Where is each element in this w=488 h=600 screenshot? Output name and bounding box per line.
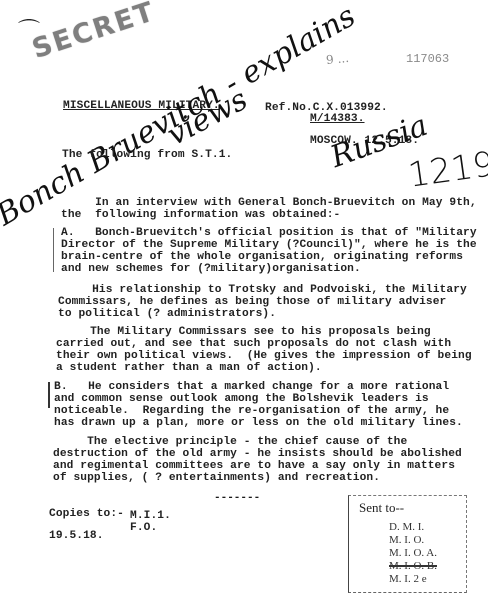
paragraph-line: a student rather than a man of action). (56, 362, 322, 374)
paragraph-line: the following information was obtained:- (61, 209, 340, 221)
sent-to-item: M. I. O. A. (389, 547, 437, 559)
paragraph-line: The elective principle - the chief cause… (53, 436, 407, 448)
paragraph-line: His relationship to Trotsky and Podvoisk… (58, 284, 467, 296)
separator: ------- (214, 492, 260, 504)
paragraph-line: their own political views. (He gives the… (56, 350, 472, 362)
paragraph-line: and common sense outlook among the Bolsh… (54, 393, 429, 405)
paragraph-line: and regimental committees are to have a … (53, 460, 455, 472)
paragraph-line: A. Bonch-Bruevitch's official position i… (61, 227, 477, 239)
handwritten-mark: ⌒ (18, 14, 40, 45)
footer-date: 19.5.18. (49, 530, 104, 542)
copies-recipient: M.I.1. (130, 510, 171, 522)
sent-to-stamp: Sent to-- D. M. I. M. I. O. M. I. O. A. … (348, 495, 467, 593)
paragraph-line: and new schemes for (?military)organisat… (61, 263, 361, 275)
paragraph-line: of supplies, ( ? entertainments) and rec… (53, 472, 380, 484)
handwritten-number: 1219 (406, 144, 488, 196)
copies-label: Copies to:- (49, 508, 124, 520)
paragraph-line: noticeable. Regarding the re-organisatio… (54, 405, 449, 417)
sent-to-item: M. I. 2 e (389, 573, 427, 585)
copies-recipient: F.O. (130, 522, 157, 534)
paragraph-line: to political (? administrators). (58, 308, 276, 320)
margin-bar-b (48, 382, 50, 408)
sent-to-title: Sent to-- (359, 500, 404, 516)
paragraph-line: brain-centre of the whole organisation, … (61, 251, 463, 263)
margin-bar-a (53, 228, 54, 272)
sent-to-item-struck: M. I. O. B. (389, 560, 437, 572)
registry-number: 117063 (406, 52, 449, 66)
secret-stamp: SECRET (28, 0, 159, 65)
sent-to-item: M. I. O. (389, 534, 424, 546)
paragraph-line: In an interview with General Bonch-Bruev… (61, 197, 477, 209)
paragraph-line: Director of the Supreme Military (?Counc… (61, 239, 477, 251)
reference-sub-number: M/14383. (310, 113, 365, 125)
intro-line: The following from S.T.1. (62, 149, 232, 161)
sent-to-item: D. M. I. (389, 521, 424, 533)
paragraph-line: has drawn up a plan, more or less on the… (54, 417, 463, 429)
paragraph-line: carried out, and see that such proposals… (56, 338, 451, 350)
paragraph-line: destruction of the old army - he insists… (53, 448, 462, 460)
paragraph-line: B. He considers that a marked change for… (54, 381, 449, 393)
handwritten-registry-prefix: 9 ... (325, 51, 349, 67)
paragraph-line: Commissars, he defines as being those of… (58, 296, 446, 308)
paragraph-line: The Military Commissars see to his propo… (56, 326, 431, 338)
